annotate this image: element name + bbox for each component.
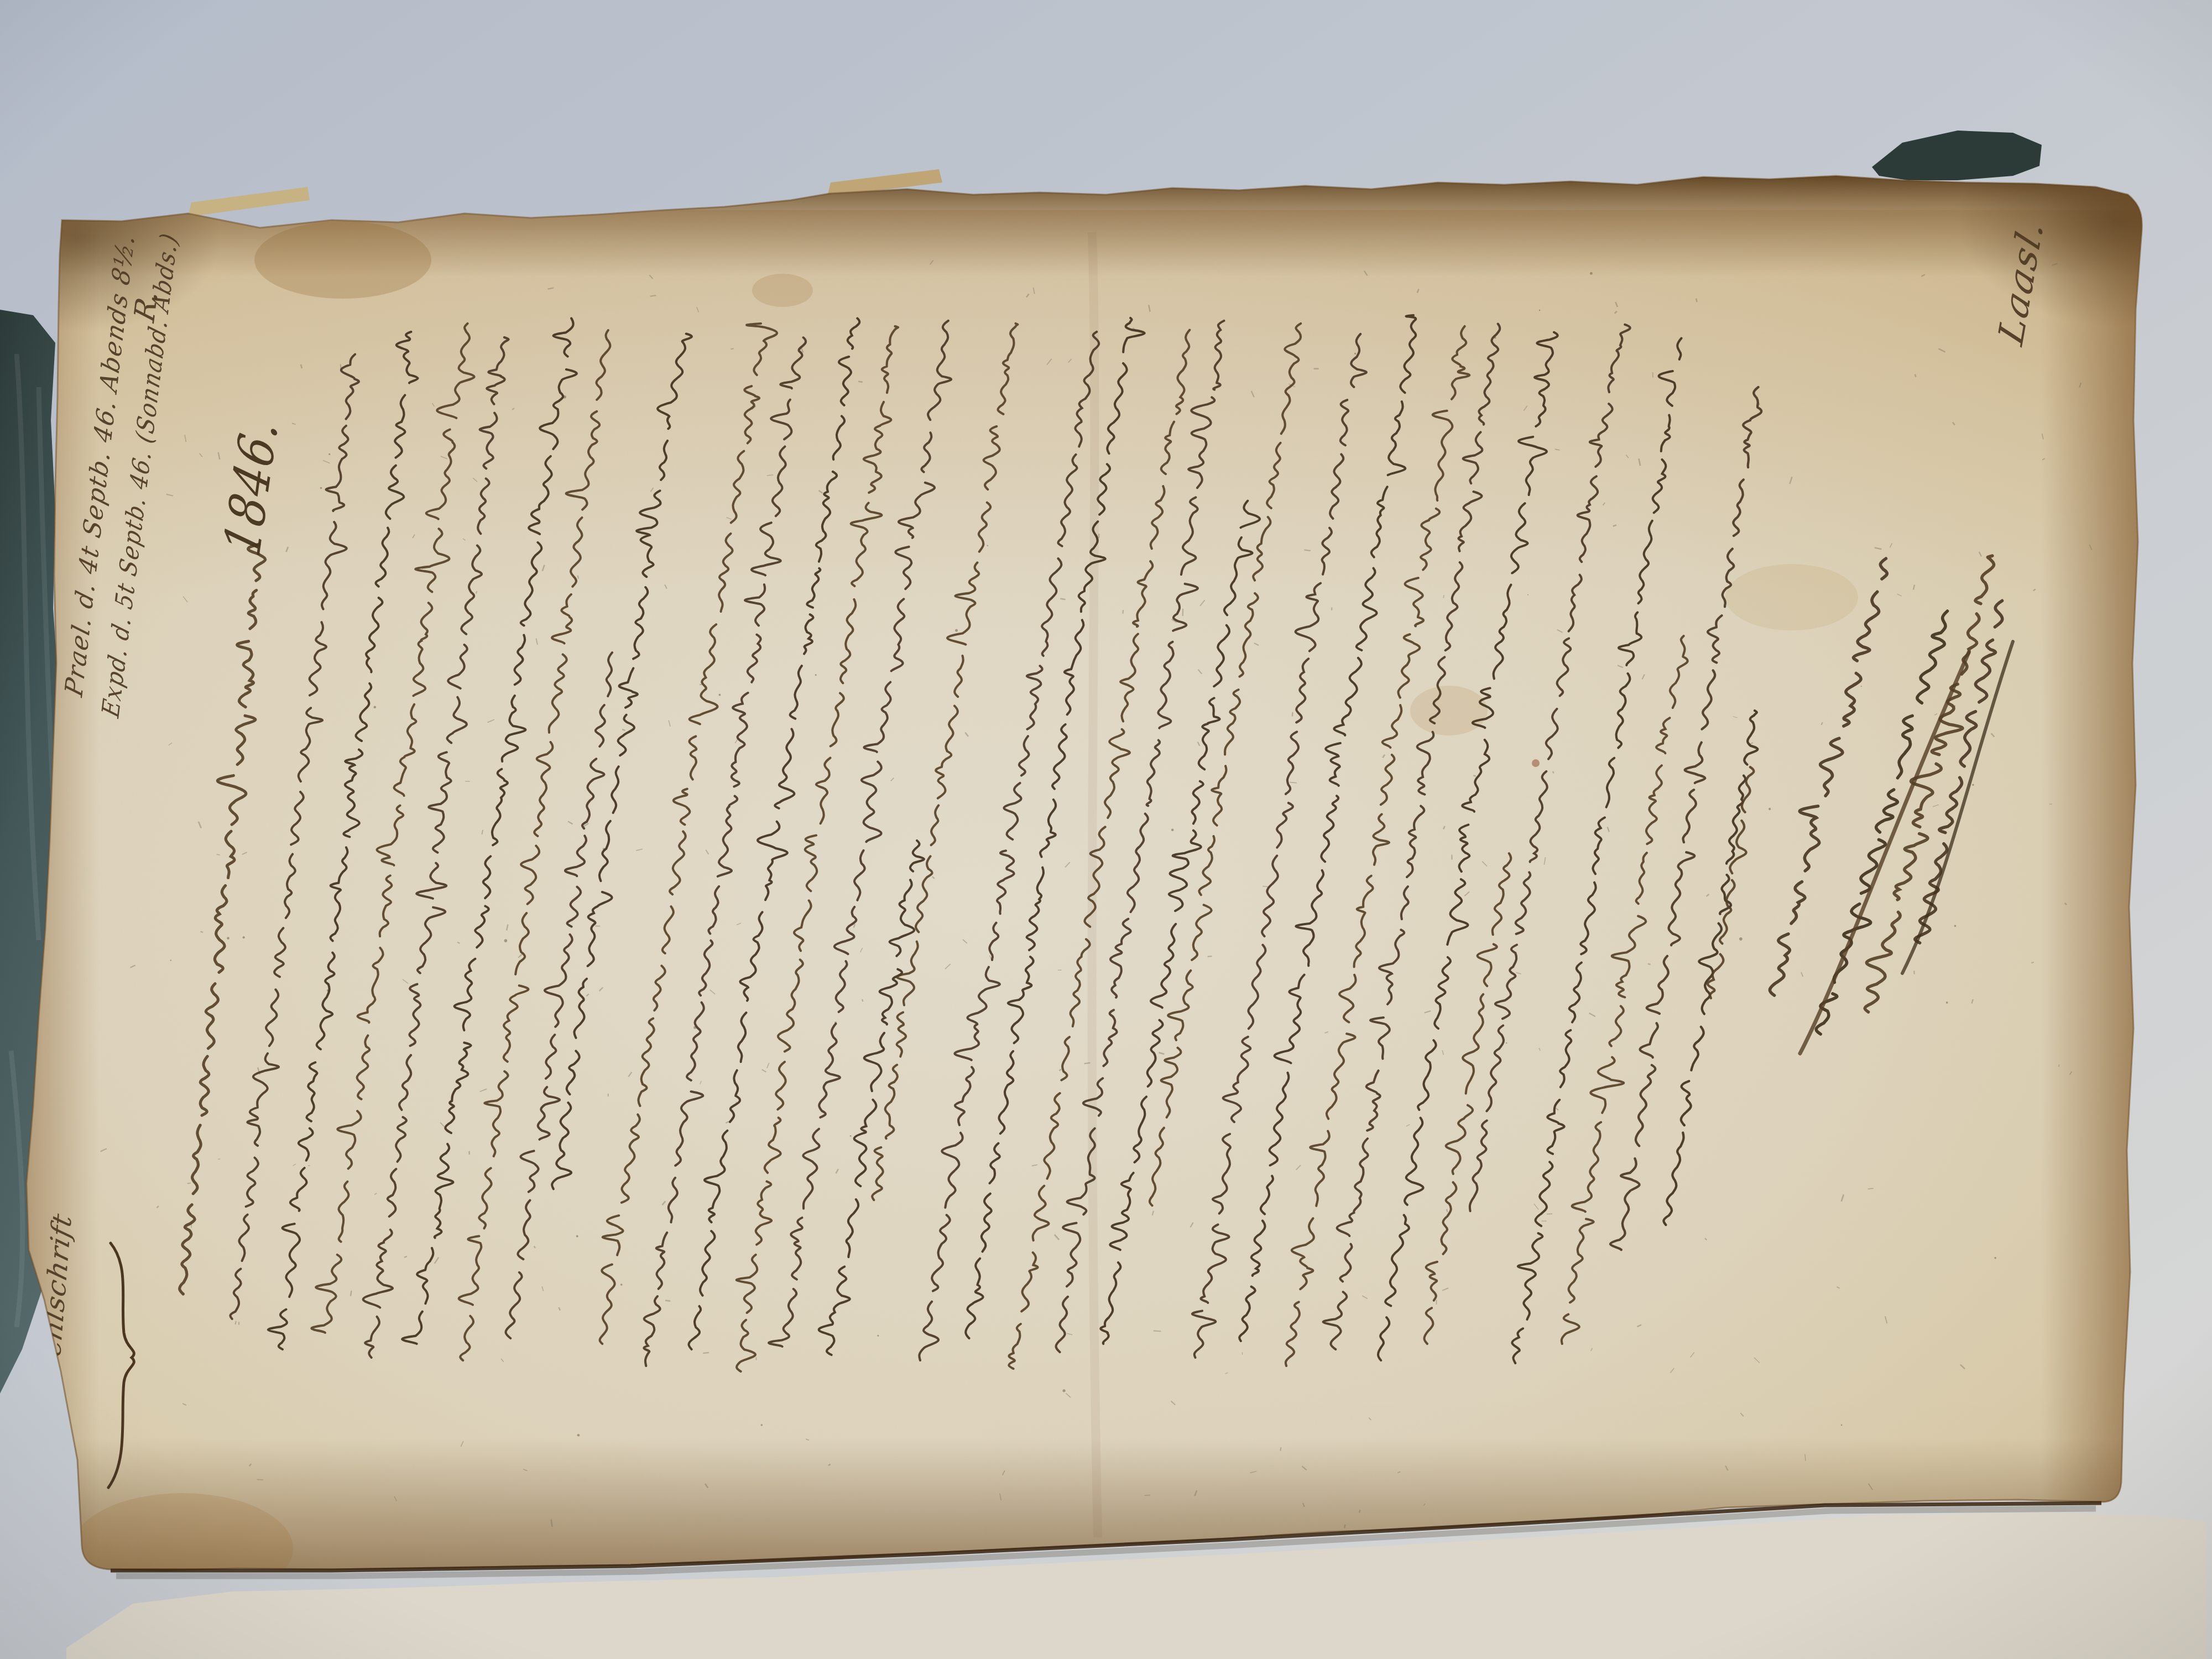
photo-vignette — [0, 0, 2212, 1659]
manuscript-photo-scene: Prael. d. 4t Septb. 46. Abends 8½. Expd.… — [0, 0, 2212, 1659]
photo-of-manuscript: Prael. d. 4t Septb. 46. Abends 8½. Expd.… — [0, 0, 2212, 1659]
